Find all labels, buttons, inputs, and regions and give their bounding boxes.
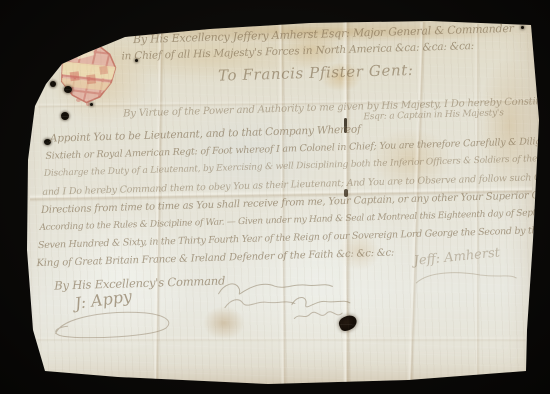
handwriting-layer: By His Excellency Jeffery Amherst Esqr: … xyxy=(0,0,550,394)
body-line-9: King of Great Britain France & Ireland D… xyxy=(36,248,394,270)
illegible-signature xyxy=(286,289,357,331)
ink-hole xyxy=(63,53,71,60)
signature-flourish xyxy=(47,306,178,344)
body-line-2: Appoint You to be Lieutenant, and to tha… xyxy=(50,123,361,144)
salutation: To Francis Pfister Gent: xyxy=(218,61,414,85)
closing-line: By His Excellency's Command xyxy=(54,274,225,293)
signature-flourish xyxy=(410,264,521,293)
photo: By His Excellency Jeffery Amherst Esqr: … xyxy=(0,0,550,394)
parchment-document: By His Excellency Jeffery Amherst Esqr: … xyxy=(0,0,550,394)
